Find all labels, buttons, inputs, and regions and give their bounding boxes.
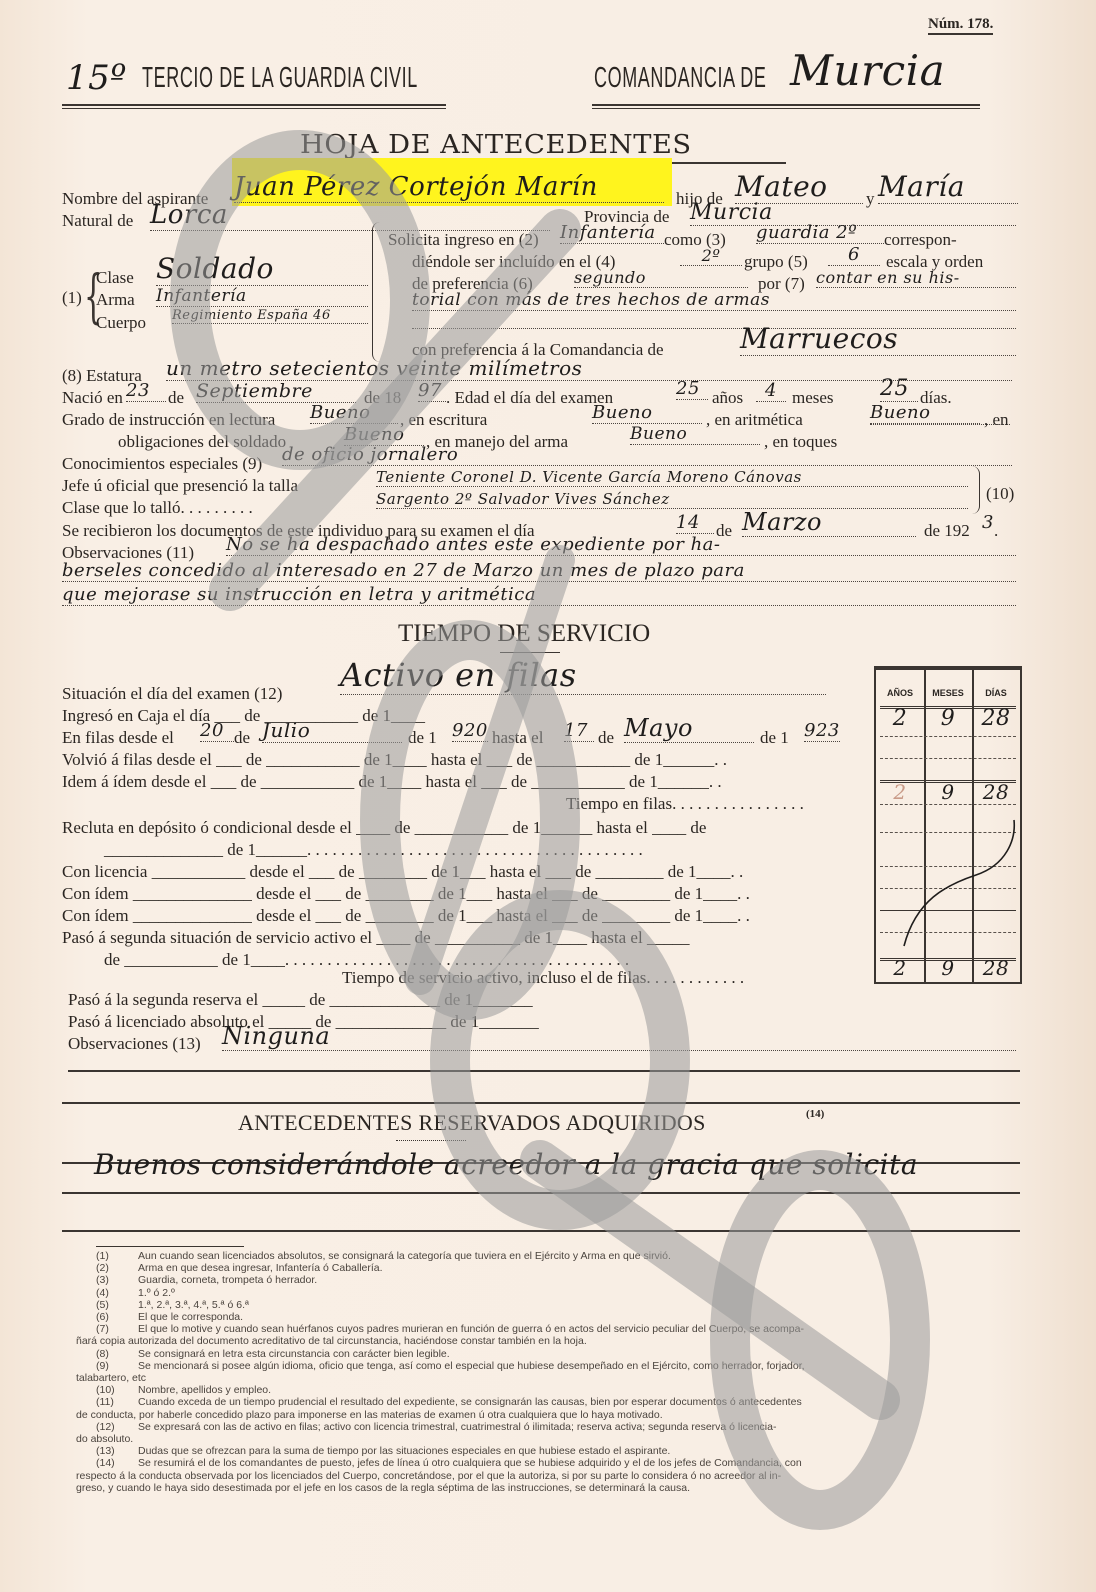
footnote-text: Se mencionará si posee algún idioma, ofi… — [138, 1360, 805, 1372]
tiempo-servicio-title: TIEMPO DE SERVICIO — [398, 620, 650, 648]
footnote-text: Aun cuando sean licenciados absolutos, s… — [138, 1250, 671, 1262]
footnote-number: (8) — [96, 1348, 138, 1360]
footnote-text: Guardia, corneta, trompeta ó herrador. — [138, 1274, 317, 1286]
en-filas-de2: de — [598, 728, 614, 748]
preferencia-value: segundo — [574, 268, 748, 288]
en-filas-de1: de — [234, 728, 250, 748]
tiempo-filas-label: Tiempo en filas. . . . . . . . . . . . .… — [566, 794, 804, 814]
footnote-item: (14)Se resumirá el de los comandantes de… — [96, 1457, 802, 1469]
footnote-text: El que lo motive y cuando sean huérfanos… — [138, 1323, 804, 1335]
observaciones-rule-1 — [68, 1070, 1020, 1072]
footnote-item: ñará copia autorizada del documento acre… — [76, 1335, 587, 1347]
edad-meses: 4 — [756, 380, 786, 402]
cuerpo-value: Regimiento España 46 — [172, 308, 368, 324]
footnote-text: Se expresará con las de activo en filas;… — [138, 1421, 776, 1433]
footnote-text: Se consignará en letra esta circunstanci… — [138, 1348, 450, 1360]
antecedentes-ref: (14) — [806, 1108, 824, 1120]
solicita-line1-c: correspon- — [884, 230, 957, 250]
footnote-item: respecto á la conducta observada por los… — [76, 1470, 781, 1482]
documentos-day: 14 — [676, 512, 714, 534]
talla-jefe-value: Teniente Coronel D. Vicente García Moren… — [376, 468, 968, 487]
footnote-item: (7)El que lo motive y cuando sean huérfa… — [96, 1323, 804, 1335]
manejo-value: Bueno — [630, 424, 760, 445]
footnote-text: Arma en que desea ingresar, Infantería ó… — [138, 1262, 383, 1274]
footnote-item: (1)Aun cuando sean licenciados absolutos… — [96, 1250, 671, 1262]
edad-dias: 25 — [880, 376, 918, 402]
edad-anos: 25 — [676, 378, 708, 400]
por-value: contar en su his- — [816, 268, 1016, 288]
solicita-line1-a: Solicita ingreso en (2) — [388, 230, 539, 250]
natural-label: Natural de — [62, 211, 133, 231]
footnote-item: de conducta, por haberle concedido plazo… — [76, 1409, 663, 1421]
footnote-number: (2) — [96, 1262, 138, 1274]
en-filas-month1: Julio — [262, 718, 402, 743]
recluta-label-2: ______________ de 1______. . . . . . . .… — [104, 840, 643, 860]
nacimiento-month: Septiembre — [196, 380, 356, 403]
footnote-item: (5)1.ª, 2.ª, 3.ª, 4.ª, 5.ª ó 6.ª — [96, 1299, 249, 1311]
footnote-number: (7) — [96, 1323, 138, 1335]
arma-label: Arma — [96, 290, 135, 310]
footnote-text: do absoluto. — [76, 1433, 133, 1445]
en-filas-year1: 920 — [452, 720, 488, 742]
nacimiento-label: Nació en — [62, 388, 123, 408]
observaciones-13-label: Observaciones (13) — [68, 1034, 201, 1054]
talla-jefe-label: Jefe ú oficial que presenció la talla — [62, 476, 298, 496]
clase-ref: (1) — [62, 288, 82, 308]
edad-anos-label: años — [712, 388, 743, 408]
clase-label: Clase — [96, 268, 134, 288]
footnote-text: 1.º ó 2.º — [138, 1287, 175, 1299]
solicita-brace — [372, 222, 382, 362]
footnote-number: (1) — [96, 1250, 138, 1262]
footnote-item: greso, y cuando le haya sido desestimada… — [76, 1482, 690, 1494]
comandancia-label: COMANDANCIA DE — [594, 62, 767, 95]
segunda-reserva-row: Pasó á la segunda reserva el _____ de __… — [68, 990, 533, 1010]
situacion-label: Situación el día del examen (12) — [62, 684, 282, 704]
footnote-text: respecto á la conducta observada por los… — [76, 1470, 781, 1482]
talla-clase-value: Sargento 2º Salvador Vives Sánchez — [376, 490, 968, 509]
segunda-situacion-label: Pasó á segunda situación de servicio act… — [62, 928, 689, 948]
footnote-number: (11) — [96, 1396, 138, 1408]
solicita-arma-value: Infantería — [560, 222, 664, 244]
footnote-item: (9)Se mencionará si posee algún idioma, … — [96, 1360, 805, 1372]
talla-ref: (10) — [986, 484, 1014, 504]
en-label: , en — [984, 410, 1009, 430]
footnote-number: (13) — [96, 1445, 138, 1457]
antecedentes-rule-3 — [62, 1230, 1020, 1232]
antecedentes-title-rule — [396, 1140, 466, 1141]
aritmetica-value: Bueno — [870, 402, 980, 424]
cancel-stroke — [876, 670, 1024, 988]
footnote-separator — [96, 1246, 244, 1247]
grupo-value: 6 — [828, 244, 880, 266]
observaciones-11-line3: que mejorase su instrucción en letra y a… — [62, 584, 1016, 606]
footnote-item: talabartero, etc — [76, 1372, 146, 1384]
footnote-text: greso, y cuando le haya sido desestimada… — [76, 1482, 690, 1494]
footnote-item: (6)El que le corresponda. — [96, 1311, 243, 1323]
footnote-item: (10)Nombre, apellidos y empleo. — [96, 1384, 271, 1396]
observaciones-11-line2: berseles concedido al interesado en 27 d… — [62, 560, 1016, 582]
obligaciones-label: obligaciones del soldado — [118, 432, 286, 452]
footnote-text: Cuando exceda de un tiempo prudencial el… — [138, 1396, 802, 1408]
footnote-item: do absoluto. — [76, 1433, 133, 1445]
mother-value: María — [878, 170, 1018, 204]
service-table: AÑOS MESES DÍAS 2 9 28 2 9 28 2 9 28 — [874, 666, 1022, 984]
header-rule-right — [592, 104, 980, 109]
segunda-situacion-label-2: de ___________ de 1____. . . . . . . . .… — [104, 950, 629, 970]
situacion-value: Activo en filas — [340, 656, 826, 695]
documentos-year: 3 — [982, 512, 994, 533]
observaciones-13-value: Ninguna — [222, 1022, 1016, 1051]
toques-value — [870, 424, 1010, 425]
lectura-value: Bueno — [310, 402, 398, 424]
lectura-label: Grado de instrucción en lectura — [62, 410, 275, 430]
footnote-item: (2)Arma en que desea ingresar, Infanterí… — [96, 1262, 383, 1274]
footnote-number: (14) — [96, 1457, 138, 1469]
footnote-number: (5) — [96, 1299, 138, 1311]
footnote-number: (10) — [96, 1384, 138, 1396]
tiempo-activo-label: Tiempo de servicio activo, incluso el de… — [342, 968, 744, 988]
footnote-number: (4) — [96, 1287, 138, 1299]
documentos-month: Marzo — [742, 508, 916, 537]
talla-brace — [970, 466, 980, 514]
footnote-item: (13)Dudas que se ofrezcan para la suma d… — [96, 1445, 670, 1457]
solicita-line4-value: torial con más de tres hechos de armas — [412, 290, 1016, 311]
form-number: Núm. 178. — [928, 16, 993, 35]
header-rule-left — [62, 104, 446, 109]
obligaciones-value: Bueno — [344, 424, 424, 446]
document-page: Núm. 178. 15º TERCIO DE LA GUARDIA CIVIL… — [0, 0, 1096, 1592]
edad-meses-label: meses — [792, 388, 834, 408]
en-filas-month2: Mayo — [624, 714, 754, 743]
escritura-value: Bueno — [592, 402, 702, 424]
volvio-filas-row: Volvió á filas desde el ___ de _________… — [62, 750, 727, 770]
arma-value: Infantería — [156, 286, 368, 307]
page-title: HOJA DE ANTECEDENTES — [300, 130, 692, 160]
antecedentes-rule-2 — [62, 1192, 1020, 1194]
antecedentes-value: Buenos considerándole acreedor a la grac… — [94, 1148, 918, 1181]
footnote-text: 1.ª, 2.ª, 3.ª, 4.ª, 5.ª ó 6.ª — [138, 1299, 249, 1311]
en-filas-day1: 20 — [200, 720, 234, 742]
talla-clase-label: Clase que lo talló. . . . . . . . . — [62, 498, 253, 518]
nacimiento-year: 97 — [418, 380, 446, 402]
licencia-row-1: Con licencia ___________ desde el ___ de… — [62, 862, 743, 882]
recluta-label: Recluta en depósito ó condicional desde … — [62, 818, 706, 838]
name-value: Juan Pérez Cortejón Marín — [234, 172, 664, 203]
licencia-row-2: Con ídem ______________ desde el ___ de … — [62, 884, 750, 904]
comandancia-pref-value: Marruecos — [740, 322, 1016, 356]
en-filas-day2: 17 — [564, 720, 594, 742]
en-filas-year2: 923 — [804, 720, 840, 742]
licencia-row-3: Con ídem ______________ desde el ___ de … — [62, 906, 750, 926]
observaciones-11-line1: No se ha despachado antes este expedient… — [226, 534, 1016, 556]
en-filas-y1-label: de 1 — [408, 728, 437, 748]
tercio-label: TERCIO DE LA GUARDIA CIVIL — [142, 62, 418, 95]
tiempo-title-rule — [500, 652, 560, 653]
clase-value: Soldado — [156, 252, 368, 286]
footnote-text: El que le corresponda. — [138, 1311, 243, 1323]
conocimientos-label: Conocimientos especiales (9) — [62, 454, 262, 474]
footnote-item: (8)Se consignará en letra esta circunsta… — [96, 1348, 450, 1360]
footnote-item: (3)Guardia, corneta, trompeta ó herrador… — [96, 1274, 317, 1286]
footnote-item: (12)Se expresará con las de activo en fi… — [96, 1421, 776, 1433]
footnote-item: (4)1.º ó 2.º — [96, 1287, 175, 1299]
father-value: Mateo — [735, 170, 863, 204]
solicita-como-value: guardia 2º — [756, 222, 884, 244]
footnote-number: (12) — [96, 1421, 138, 1433]
footnote-text: de conducta, por haberle concedido plazo… — [76, 1409, 663, 1421]
footnote-text: ñará copia autorizada del documento acre… — [76, 1335, 587, 1347]
en-filas-y2-label: de 1 — [760, 728, 789, 748]
cuerpo-label: Cuerpo — [96, 313, 146, 333]
idem-row: Idem á ídem desde el ___ de ___________ … — [62, 772, 722, 792]
incluido-value: 2º — [680, 246, 742, 266]
observaciones-rule-2 — [62, 1102, 1020, 1104]
natural-value: Lorca — [150, 200, 550, 231]
tercio-prefix: 15º — [66, 58, 127, 98]
footnote-text: Se resumirá el de los comandantes de pue… — [138, 1457, 802, 1469]
footnote-number: (6) — [96, 1311, 138, 1323]
nacimiento-day: 23 — [126, 380, 166, 402]
footnote-text: talabartero, etc — [76, 1372, 146, 1384]
conocimientos-value: de oficio jornalero — [282, 444, 1012, 466]
footnote-number: (9) — [96, 1360, 138, 1372]
comandancia-value: Murcia — [790, 46, 945, 95]
edad-label: . Edad el día del examen — [446, 388, 613, 408]
solicita-line2-b: grupo (5) — [744, 252, 808, 272]
footnote-item: (11)Cuando exceda de un tiempo prudencia… — [96, 1396, 802, 1408]
nacimiento-de: de — [168, 388, 184, 408]
en-filas-hasta: hasta el — [492, 728, 543, 748]
footnote-number: (3) — [96, 1274, 138, 1286]
footnote-text: Dudas que se ofrezcan para la suma de ti… — [138, 1445, 670, 1457]
antecedentes-title: ANTECEDENTES RESERVADOS ADQUIRIDOS — [238, 1110, 706, 1136]
footnote-text: Nombre, apellidos y empleo. — [138, 1384, 271, 1396]
en-filas-label: En filas desde el — [62, 728, 174, 748]
